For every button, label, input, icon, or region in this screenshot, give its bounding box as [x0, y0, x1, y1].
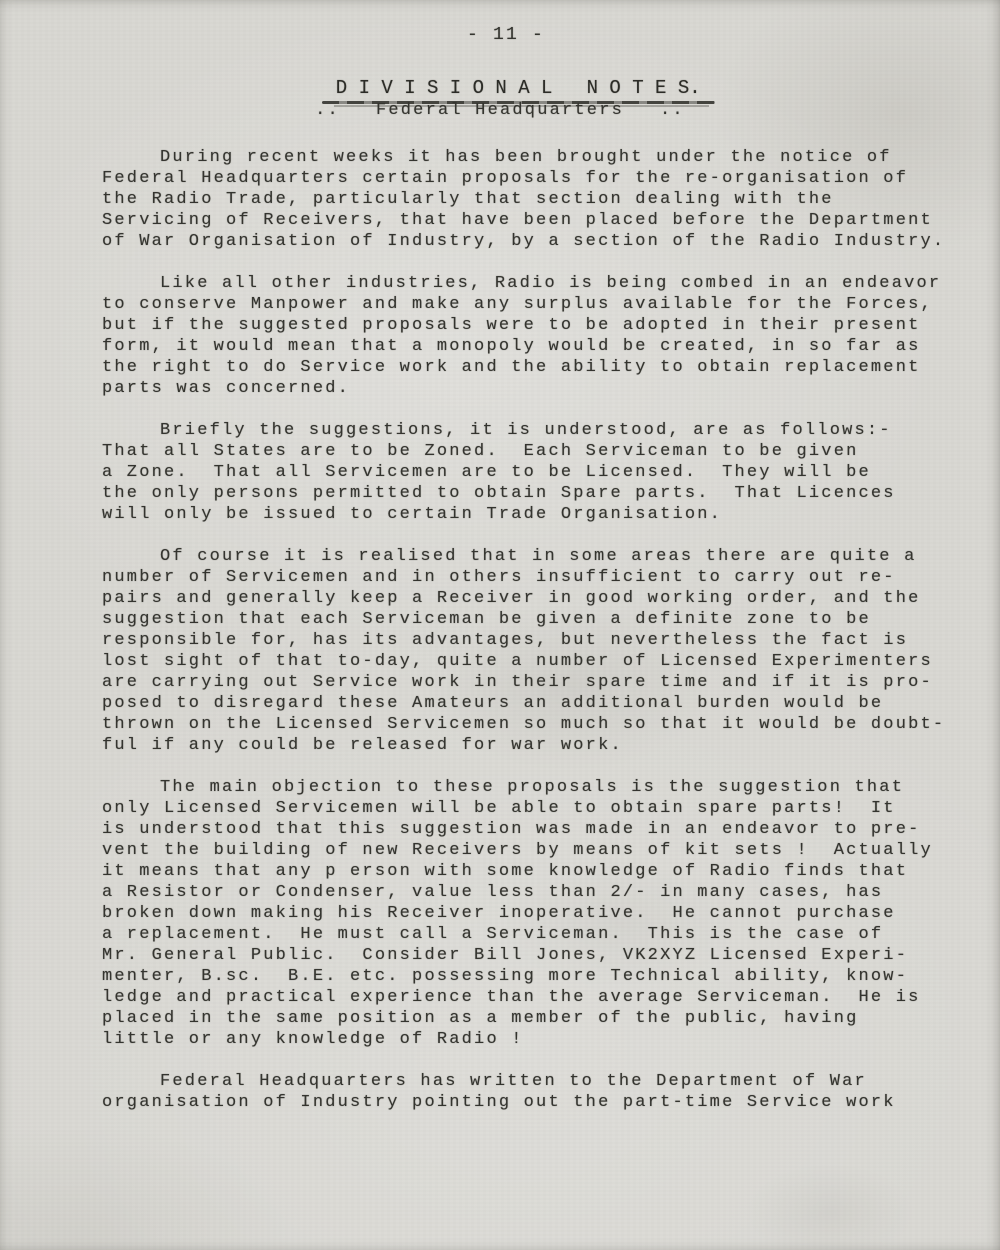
paragraph-3: Briefly the suggestions, it is understoo… — [102, 420, 974, 525]
subtitle-label: Federal Headquarters — [376, 101, 624, 120]
document-body: During recent weeks it has been brought … — [102, 147, 974, 1134]
subtitle-dots-left: .. — [315, 101, 340, 120]
scanned-document-page: - 11 - D I V I S I O N A L N O T E S. ..… — [0, 0, 1000, 1250]
section-subtitle: .. Federal Headquarters .. — [0, 101, 1000, 120]
paragraph-5: The main objection to these proposals is… — [102, 777, 974, 1050]
typewritten-content: - 11 - D I V I S I O N A L N O T E S. ..… — [0, 0, 1000, 1250]
paragraph-4: Of course it is realised that in some ar… — [102, 546, 974, 756]
page-number: - 11 - — [6, 25, 1000, 45]
paragraph-2: Like all other industries, Radio is bein… — [102, 273, 974, 399]
paragraph-6: Federal Headquarters has written to the … — [102, 1071, 974, 1113]
subtitle-dots-right: .. — [660, 101, 685, 120]
paragraph-1: During recent weeks it has been brought … — [102, 147, 974, 252]
